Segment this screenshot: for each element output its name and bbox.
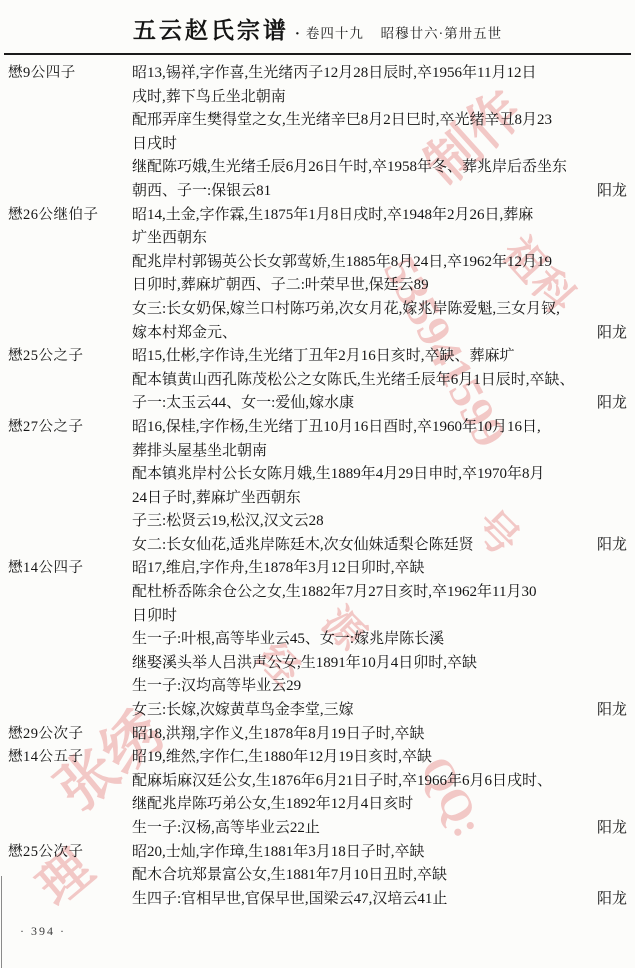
genealogy-line: 女三:长嫁,次嫁黄草鸟金李堂,三嫁阳龙 — [132, 699, 627, 723]
line-text: 昭14,土金,字作霖,生1875年1月8日戌时,卒1948年2月26日,葬麻 — [132, 204, 533, 228]
genealogy-section: 懋29公次子昭18,洪翔,字作义,生1878年8月19日子时,卒缺 — [8, 723, 635, 747]
genealogy-section: 懋27公之子昭16,保桂,字作杨,生光绪丁丑10月16日酉时,卒1960年10月… — [8, 416, 635, 558]
genealogy-line: 昭17,维启,字作舟,生1878年3月12日卯时,卒缺 — [132, 557, 627, 581]
genealogy-line: 圹坐西朝东 — [132, 227, 627, 251]
yanglong-tag: 阳龙 — [587, 888, 627, 912]
yanglong-tag: 阳龙 — [587, 534, 627, 558]
line-text: 女三:长嫁,次嫁黄草鸟金李堂,三嫁 — [132, 699, 354, 723]
section-label: 懋26公继伯子 — [8, 204, 132, 346]
line-text: 昭15,仕彬,字作诗,生光绪丁丑年2月16日亥时,卒缺、葬麻圹 — [132, 345, 515, 369]
volume-label: 卷四十九 — [306, 26, 364, 41]
section-content: 昭16,保桂,字作杨,生光绪丁丑10月16日酉时,卒1960年10月16日,葬排… — [132, 416, 635, 558]
line-text: 配兆岸村郭锡英公长女郭莺娇,生1885年8月24日,卒1962年12月19 — [132, 251, 552, 275]
genealogy-line: 戌时,葬下鸟丘坐北朝南 — [132, 86, 627, 110]
line-text: 日卯时,葬麻圹朝西、子二:叶荣早世,保廷云89 — [132, 274, 429, 298]
genealogy-line: 日戌时 — [132, 133, 627, 157]
yanglong-tag: 阳龙 — [587, 699, 627, 723]
genealogy-line: 昭20,士灿,字作璋,生1881年3月18日子时,卒缺 — [132, 841, 627, 865]
genealogy-line: 生四子:官相早世,官保早世,国梁云47,汉培云41止阳龙 — [132, 888, 627, 912]
genealogy-line: 生一子:汉均高等毕业云29 — [132, 675, 627, 699]
genealogy-section: 懋9公四子昭13,锡祥,字作喜,生光绪丙子12月28日辰时,卒1956年11月1… — [8, 62, 635, 204]
genealogy-line: 配邢弄庠生樊得堂之女,生光绪辛巳8月2日巳时,卒光绪辛丑8月23 — [132, 109, 627, 133]
genealogy-line: 朝西、子一:保银云81阳龙 — [132, 180, 627, 204]
generation-label: 昭穆廿六·第卅五世 — [381, 26, 503, 41]
line-text: 日卯时 — [132, 605, 177, 629]
genealogy-line: 配兆岸村郭锡英公长女郭莺娇,生1885年8月24日,卒1962年12月19 — [132, 251, 627, 275]
section-label: 懋25公次子 — [8, 841, 132, 912]
genealogy-line: 昭16,保桂,字作杨,生光绪丁丑10月16日酉时,卒1960年10月16日, — [132, 416, 627, 440]
genealogy-section: 懋14公五子昭19,维然,字作仁,生1880年12月19日亥时,卒缺配麻垢麻汉廷… — [8, 746, 635, 840]
genealogy-page: 五云赵氏宗谱 · 卷四十九 昭穆廿六·第卅五世 懋9公四子昭13,锡祥,字作喜,… — [0, 0, 635, 968]
line-text: 继配兆岸陈巧弟公女,生1892年12月4日亥时 — [132, 793, 413, 817]
yanglong-tag: 阳龙 — [587, 180, 627, 204]
genealogy-line: 继配兆岸陈巧弟公女,生1892年12月4日亥时 — [132, 793, 627, 817]
genealogy-line: 昭15,仕彬,字作诗,生光绪丁丑年2月16日亥时,卒缺、葬麻圹 — [132, 345, 627, 369]
header-divider — [4, 53, 631, 55]
line-text: 子三:松贤云19,松汉,汉文云28 — [132, 510, 324, 534]
title-separator: · — [295, 26, 300, 42]
genealogy-line: 配木合坑郑景富公女,生1881年7月10日丑时,卒缺 — [132, 864, 627, 888]
genealogy-line: 日卯时 — [132, 605, 627, 629]
line-text: 女三:长女奶保,嫁兰口村陈巧弟,次女月花,嫁兆岸陈爱魁,三女月钗, — [132, 298, 560, 322]
line-text: 生四子:官相早世,官保早世,国梁云47,汉培云41止 — [132, 888, 447, 912]
line-text: 昭19,维然,字作仁,生1880年12月19日亥时,卒缺 — [132, 746, 432, 770]
genealogy-line: 昭18,洪翔,字作义,生1878年8月19日子时,卒缺 — [132, 723, 627, 747]
section-content: 昭13,锡祥,字作喜,生光绪丙子12月28日辰时,卒1956年11月12日戌时,… — [132, 62, 635, 204]
line-text: 继配陈巧娥,生光绪壬辰6月26日午时,卒1958年冬、葬兆岸后岙坐东 — [132, 156, 567, 180]
genealogy-line: 生一子:汉杨,高等毕业云22止阳龙 — [132, 817, 627, 841]
genealogy-line: 子三:松贤云19,松汉,汉文云28 — [132, 510, 627, 534]
section-content: 昭19,维然,字作仁,生1880年12月19日亥时,卒缺配麻垢麻汉廷公女,生18… — [132, 746, 635, 840]
line-text: 生一子:汉杨,高等毕业云22止 — [132, 817, 320, 841]
sections: 懋9公四子昭13,锡祥,字作喜,生光绪丙子12月28日辰时,卒1956年11月1… — [0, 62, 635, 911]
section-content: 昭17,维启,字作舟,生1878年3月12日卯时,卒缺配杜桥岙陈余仓公之女,生1… — [132, 557, 635, 722]
genealogy-line: 配本镇兆岸村公长女陈月娥,生1889年4月29日申时,卒1970年8月 — [132, 463, 627, 487]
genealogy-line: 继娶溪头举人吕洪声公女,生1891年10月4日卯时,卒缺 — [132, 652, 627, 676]
section-content: 昭14,土金,字作霖,生1875年1月8日戌时,卒1948年2月26日,葬麻圹坐… — [132, 204, 635, 346]
yanglong-tag: 阳龙 — [587, 817, 627, 841]
line-text: 朝西、子一:保银云81 — [132, 180, 271, 204]
line-text: 生一子:汉均高等毕业云29 — [132, 675, 301, 699]
line-text: 戌时,葬下鸟丘坐北朝南 — [132, 86, 286, 110]
page-title: 五云赵氏宗谱 · 卷四十九 昭穆廿六·第卅五世 — [0, 0, 635, 45]
line-text: 昭18,洪翔,字作义,生1878年8月19日子时,卒缺 — [132, 723, 425, 747]
book-title: 五云赵氏宗谱 — [133, 18, 289, 43]
line-text: 配麻垢麻汉廷公女,生1876年6月21日子时,卒1966年6月6日戌时、 — [132, 770, 552, 794]
line-text: 日戌时 — [132, 133, 177, 157]
section-content: 昭15,仕彬,字作诗,生光绪丁丑年2月16日亥时,卒缺、葬麻圹配本镇黄山西孔陈茂… — [132, 345, 635, 416]
line-text: 配本镇兆岸村公长女陈月娥,生1889年4月29日申时,卒1970年8月 — [132, 463, 545, 487]
genealogy-line: 配本镇黄山西孔陈茂松公之女陈氏,生光绪壬辰年6月1日辰时,卒缺、 — [132, 369, 627, 393]
page-number: · 394 · — [20, 924, 66, 939]
genealogy-section: 懋25公次子昭20,士灿,字作璋,生1881年3月18日子时,卒缺配木合坑郑景富… — [8, 841, 635, 912]
genealogy-line: 生一子:叶根,高等毕业云45、女一:嫁兆岸陈长溪 — [132, 628, 627, 652]
line-text: 嫁本村郑金元、 — [132, 322, 237, 346]
genealogy-line: 配杜桥岙陈余仓公之女,生1882年7月27日亥时,卒1962年11月30 — [132, 581, 627, 605]
section-label: 懋25公之子 — [8, 345, 132, 416]
line-text: 生一子:叶根,高等毕业云45、女一:嫁兆岸陈长溪 — [132, 628, 444, 652]
line-text: 子一:太玉云44、女一:爱仙,嫁水康 — [132, 392, 354, 416]
line-text: 配本镇黄山西孔陈茂松公之女陈氏,生光绪壬辰年6月1日辰时,卒缺、 — [132, 369, 575, 393]
line-text: 配邢弄庠生樊得堂之女,生光绪辛巳8月2日巳时,卒光绪辛丑8月23 — [132, 109, 552, 133]
genealogy-section: 懋14公四子昭17,维启,字作舟,生1878年3月12日卯时,卒缺配杜桥岙陈余仓… — [8, 557, 635, 722]
line-text: 昭20,士灿,字作璋,生1881年3月18日子时,卒缺 — [132, 841, 425, 865]
line-text: 配杜桥岙陈余仓公之女,生1882年7月27日亥时,卒1962年11月30 — [132, 581, 536, 605]
section-label: 懋29公次子 — [8, 723, 132, 747]
genealogy-line: 子一:太玉云44、女一:爱仙,嫁水康阳龙 — [132, 392, 627, 416]
genealogy-section: 懋26公继伯子昭14,土金,字作霖,生1875年1月8日戌时,卒1948年2月2… — [8, 204, 635, 346]
genealogy-line: 葬排头屋基坐北朝南 — [132, 440, 627, 464]
genealogy-line: 昭13,锡祥,字作喜,生光绪丙子12月28日辰时,卒1956年11月12日 — [132, 62, 627, 86]
genealogy-line: 嫁本村郑金元、阳龙 — [132, 322, 627, 346]
genealogy-line: 女二:长女仙花,适兆岸陈廷木,次女仙妹适梨仑陈廷贤阳龙 — [132, 534, 627, 558]
line-text: 继娶溪头举人吕洪声公女,生1891年10月4日卯时,卒缺 — [132, 652, 477, 676]
line-text: 24日子时,葬麻圹坐西朝东 — [132, 487, 301, 511]
section-label: 懋14公五子 — [8, 746, 132, 840]
section-label: 懋9公四子 — [8, 62, 132, 204]
genealogy-line: 继配陈巧娥,生光绪壬辰6月26日午时,卒1958年冬、葬兆岸后岙坐东 — [132, 156, 627, 180]
genealogy-line: 配麻垢麻汉廷公女,生1876年6月21日子时,卒1966年6月6日戌时、 — [132, 770, 627, 794]
line-text: 昭13,锡祥,字作喜,生光绪丙子12月28日辰时,卒1956年11月12日 — [132, 62, 536, 86]
genealogy-line: 昭19,维然,字作仁,生1880年12月19日亥时,卒缺 — [132, 746, 627, 770]
line-text: 葬排头屋基坐北朝南 — [132, 440, 267, 464]
genealogy-line: 24日子时,葬麻圹坐西朝东 — [132, 487, 627, 511]
line-text: 昭16,保桂,字作杨,生光绪丁丑10月16日酉时,卒1960年10月16日, — [132, 416, 541, 440]
section-label: 懋27公之子 — [8, 416, 132, 558]
line-text: 女二:长女仙花,适兆岸陈廷木,次女仙妹适梨仑陈廷贤 — [132, 534, 474, 558]
scan-edge-mark — [1, 876, 2, 968]
genealogy-line: 女三:长女奶保,嫁兰口村陈巧弟,次女月花,嫁兆岸陈爱魁,三女月钗, — [132, 298, 627, 322]
yanglong-tag: 阳龙 — [587, 392, 627, 416]
line-text: 圹坐西朝东 — [132, 227, 207, 251]
genealogy-line: 日卯时,葬麻圹朝西、子二:叶荣早世,保廷云89 — [132, 274, 627, 298]
section-content: 昭20,士灿,字作璋,生1881年3月18日子时,卒缺配木合坑郑景富公女,生18… — [132, 841, 635, 912]
section-content: 昭18,洪翔,字作义,生1878年8月19日子时,卒缺 — [132, 723, 635, 747]
yanglong-tag: 阳龙 — [587, 322, 627, 346]
line-text: 昭17,维启,字作舟,生1878年3月12日卯时,卒缺 — [132, 557, 425, 581]
section-label: 懋14公四子 — [8, 557, 132, 722]
line-text: 配木合坑郑景富公女,生1881年7月10日丑时,卒缺 — [132, 864, 447, 888]
genealogy-line: 昭14,土金,字作霖,生1875年1月8日戌时,卒1948年2月26日,葬麻 — [132, 204, 627, 228]
genealogy-section: 懋25公之子昭15,仕彬,字作诗,生光绪丁丑年2月16日亥时,卒缺、葬麻圹配本镇… — [8, 345, 635, 416]
